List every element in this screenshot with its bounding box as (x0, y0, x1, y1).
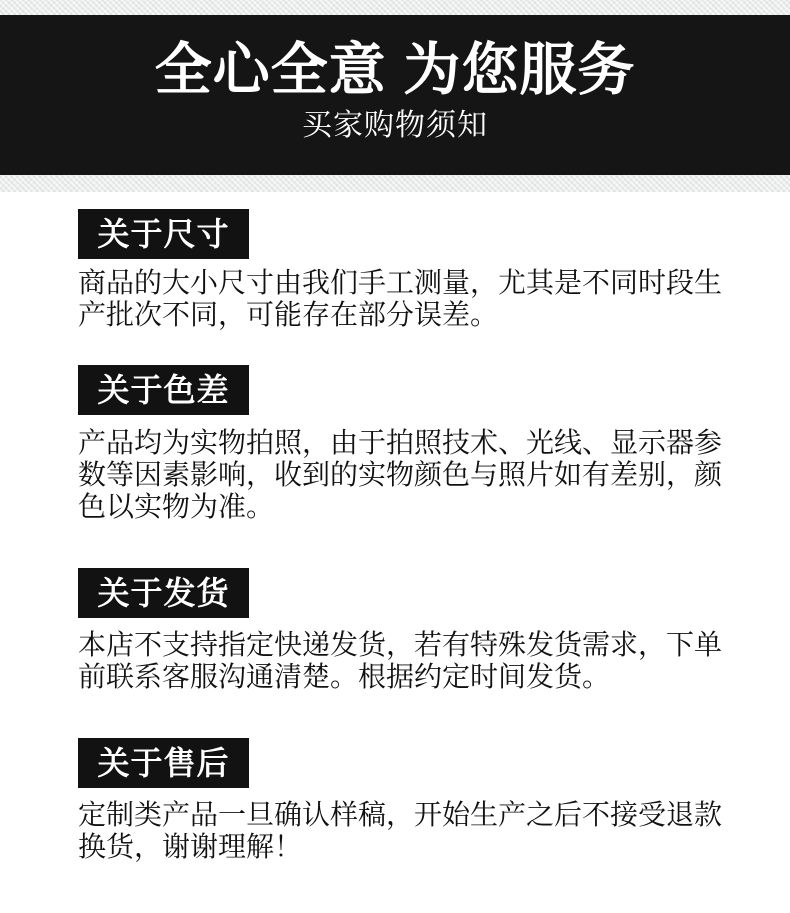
header-banner: 全心全意 为您服务 买家购物须知 (0, 15, 790, 175)
section-badge-about-shipping: 关于发货 (78, 568, 249, 618)
banner-subtitle: 买家购物须知 (0, 109, 790, 143)
section-badge-about-color-difference: 关于色差 (78, 365, 249, 415)
notice-content: 关于尺寸 商品的大小尺寸由我们手工测量，尤其是不同时段生 产批次不同，可能存在部… (0, 192, 790, 913)
banner-bottom-texture-strip (0, 175, 790, 192)
section-body-about-color-difference: 产品均为实物拍照，由于拍照技术、光线、显示器参 数等因素影响，收到的实物颜色与照… (78, 427, 734, 523)
section-badge-about-after-sales: 关于售后 (78, 738, 249, 788)
section-body-about-size: 商品的大小尺寸由我们手工测量，尤其是不同时段生 产批次不同，可能存在部分误差。 (78, 267, 734, 331)
section-badge-about-size: 关于尺寸 (78, 209, 249, 259)
section-body-about-after-sales: 定制类产品一旦确认样稿，开始生产之后不接受退款 换货，谢谢理解！ (78, 799, 734, 863)
section-body-about-shipping: 本店不支持指定快递发货，若有特殊发货需求，下单 前联系客服沟通清楚。根据约定时间… (78, 629, 734, 693)
banner-title: 全心全意 为您服务 (0, 39, 790, 101)
top-texture-strip (0, 0, 790, 15)
buyer-notice-page: 全心全意 为您服务 买家购物须知 关于尺寸 商品的大小尺寸由我们手工测量，尤其是… (0, 0, 790, 913)
